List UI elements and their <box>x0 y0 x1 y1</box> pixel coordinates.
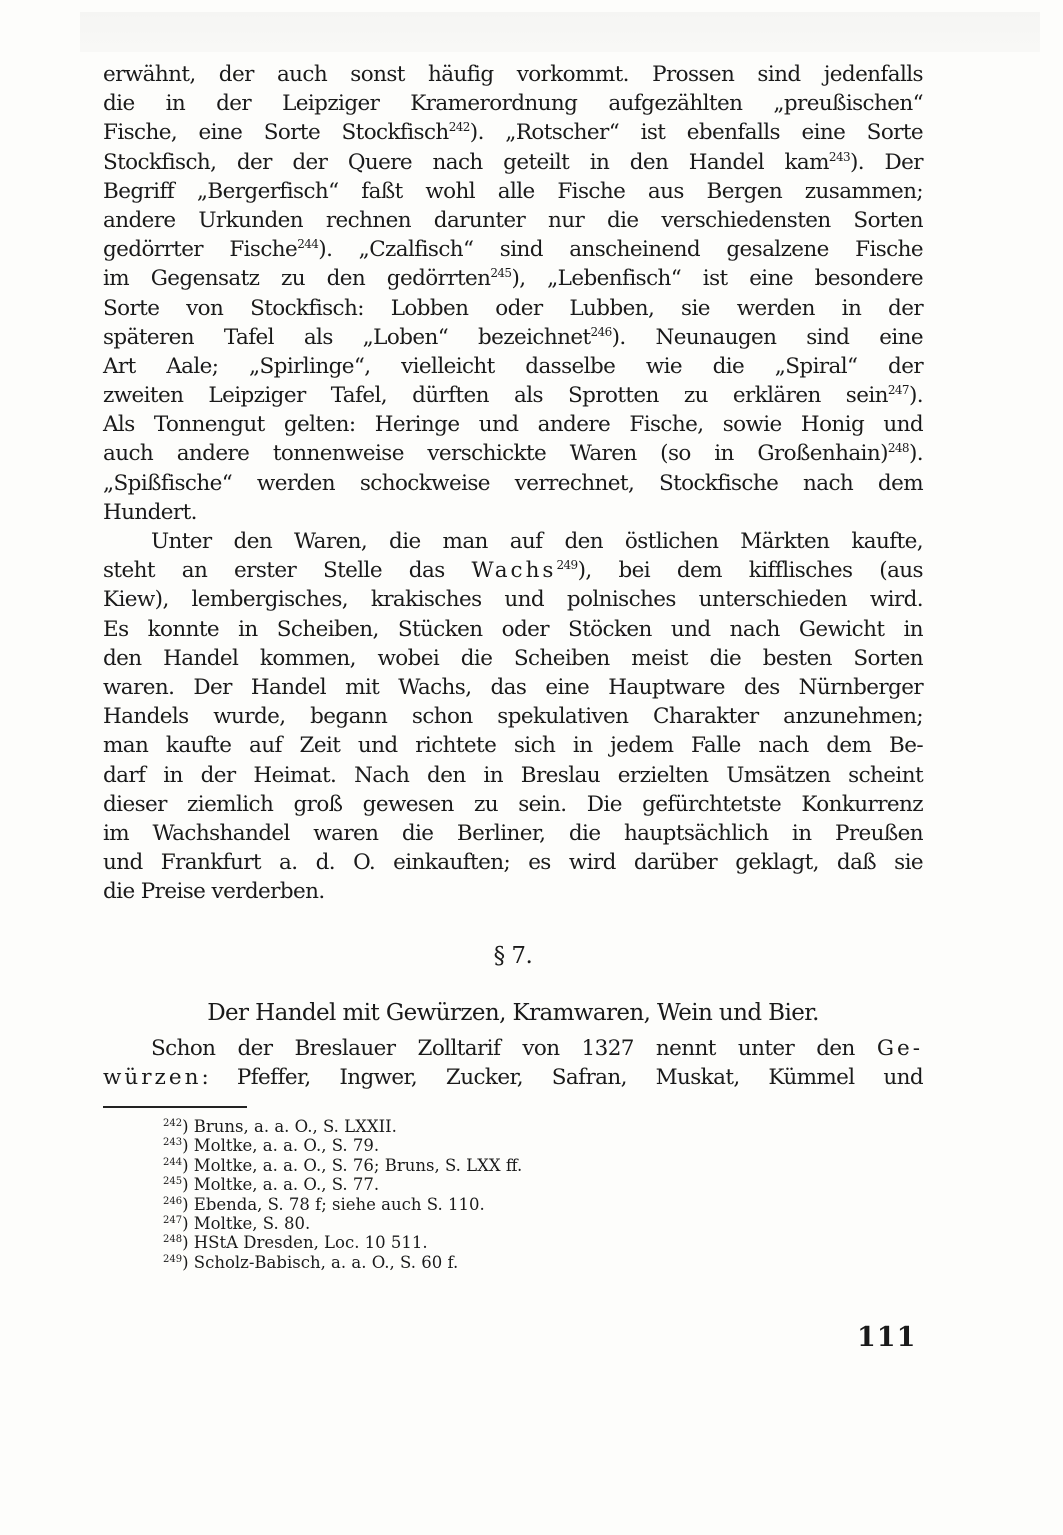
text-segment: späteren Tafel als „Loben“ bezeichnet <box>103 325 591 350</box>
footnote-ref: 249 <box>556 558 577 572</box>
text-line: Handels wurde, begann schon spekulativen… <box>103 702 923 731</box>
footnote-ref: 242 <box>449 120 470 134</box>
footnote-number: 242 <box>163 1118 182 1129</box>
text-segment: steht an erster Stelle das <box>103 558 471 583</box>
footnote-number: 248 <box>163 1234 182 1245</box>
footnote-ref: 244 <box>297 237 318 251</box>
page-body: erwähnt, der auch sonst häufig vorkommt.… <box>103 60 923 906</box>
text-segment: ). „Rotscher“ ist ebenfalls eine Sorte <box>470 120 923 145</box>
paragraph-fish-trade: erwähnt, der auch sonst häufig vorkommt.… <box>103 60 923 527</box>
text-line: Fische, eine Sorte Stockfisch242). „Rots… <box>103 118 923 147</box>
text-line: die in der Leipziger Kramerordnung aufge… <box>103 89 923 118</box>
text-segment: ). Der <box>850 150 923 175</box>
text-segment: gedörrter Fische <box>103 237 297 262</box>
footnote-text: Scholz-Babisch, a. a. O., S. 60 f. <box>194 1253 458 1272</box>
text-line: darf in der Heimat. Nach den in Breslau … <box>103 761 923 790</box>
footnotes: 242) Bruns, a. a. O., S. LXXII. 243) Mol… <box>163 1117 522 1272</box>
text-line: Kiew), lembergisches, krakisches und pol… <box>103 585 923 614</box>
emphasized-term: Wachs <box>471 558 556 583</box>
footnote-text: Moltke, a. a. O., S. 76; Bruns, S. LXX f… <box>194 1156 522 1175</box>
footnote-number: 246 <box>163 1196 182 1207</box>
text-segment: ). <box>909 383 923 408</box>
emphasized-term: würzen <box>103 1065 201 1090</box>
emphasized-term: Ge- <box>877 1036 923 1061</box>
text-segment: Schon der Breslauer Zolltarif von 1327 n… <box>151 1036 877 1061</box>
text-line: man kaufte auf Zeit und richtete sich in… <box>103 731 923 760</box>
text-line: „Spißfische“ werden schockweise verrechn… <box>103 469 923 498</box>
text-segment: ). „Czalfisch“ sind anscheinend gesalzen… <box>318 237 923 262</box>
footnote-ref: 246 <box>591 325 612 339</box>
text-segment: : Pfeffer, Ingwer, Zucker, Safran, Muska… <box>201 1065 923 1090</box>
footnote: 245) Moltke, a. a. O., S. 77. <box>163 1175 522 1194</box>
text-line: Begriff „Bergerfisch“ faßt wohl alle Fis… <box>103 177 923 206</box>
text-line: im Wachshandel waren die Berliner, die h… <box>103 819 923 848</box>
footnote-number: 243 <box>163 1137 182 1148</box>
text-line: späteren Tafel als „Loben“ bezeichnet246… <box>103 323 923 352</box>
section-title: Der Handel mit Gewürzen, Kramwaren, Wein… <box>103 1000 923 1026</box>
footnote-text: Moltke, a. a. O., S. 77. <box>194 1175 379 1194</box>
text-line: und Frankfurt a. d. O. einkauften; es wi… <box>103 848 923 877</box>
footnote-text: Moltke, S. 80. <box>194 1214 310 1233</box>
text-line: Art Aale; „Spirlinge“, vielleicht dassel… <box>103 352 923 381</box>
text-line: dieser ziemlich groß gewesen zu sein. Di… <box>103 790 923 819</box>
text-line: die Preise verderben. <box>103 877 923 906</box>
paragraph-wax-trade: Unter den Waren, die man auf den östlich… <box>103 527 923 906</box>
footnote: 243) Moltke, a. a. O., S. 79. <box>163 1136 522 1155</box>
footnote: 246) Ebenda, S. 78 f; siehe auch S. 110. <box>163 1195 522 1214</box>
text-segment: ), bei dem kifflisches (aus <box>578 558 923 583</box>
footnote: 249) Scholz-Babisch, a. a. O., S. 60 f. <box>163 1253 522 1272</box>
text-line: andere Urkunden rechnen darunter nur die… <box>103 206 923 235</box>
text-segment: ), „Lebenfisch“ ist eine besondere <box>511 266 923 291</box>
footnote: 247) Moltke, S. 80. <box>163 1214 522 1233</box>
text-segment: ). <box>909 441 923 466</box>
footnote-ref: 243 <box>829 150 850 164</box>
footnote-number: 249 <box>163 1254 182 1265</box>
text-line: Unter den Waren, die man auf den östlich… <box>103 527 923 556</box>
footnote-ref: 245 <box>490 266 511 280</box>
text-line: Hundert. <box>103 498 923 527</box>
paragraph-spices: Schon der Breslauer Zolltarif von 1327 n… <box>103 1034 923 1092</box>
text-segment: im Gegensatz zu den gedörrten <box>103 266 490 291</box>
text-line: Als Tonnengut gelten: Heringe und andere… <box>103 410 923 439</box>
text-line: Schon der Breslauer Zolltarif von 1327 n… <box>103 1034 923 1063</box>
footnote-ref: 248 <box>888 441 909 455</box>
text-line: steht an erster Stelle das Wachs249), be… <box>103 556 923 585</box>
text-segment: ). Neunaugen sind eine <box>612 325 923 350</box>
footnote-text: HStA Dresden, Loc. 10 511. <box>194 1233 428 1252</box>
section-number: § 7. <box>103 943 923 969</box>
footnote: 242) Bruns, a. a. O., S. LXXII. <box>163 1117 522 1136</box>
text-line: den Handel kommen, wobei die Scheiben me… <box>103 644 923 673</box>
footnote-number: 244 <box>163 1157 182 1168</box>
text-segment: auch andere tonnenweise verschickte Ware… <box>103 441 888 466</box>
text-line: würzen: Pfeffer, Ingwer, Zucker, Safran,… <box>103 1063 923 1092</box>
text-line: Stockfisch, der der Quere nach geteilt i… <box>103 148 923 177</box>
text-line: Es konnte in Scheiben, Stücken oder Stöc… <box>103 615 923 644</box>
text-line: auch andere tonnenweise verschickte Ware… <box>103 439 923 468</box>
text-line: waren. Der Handel mit Wachs, das eine Ha… <box>103 673 923 702</box>
footnote: 244) Moltke, a. a. O., S. 76; Bruns, S. … <box>163 1156 522 1175</box>
footnote-divider <box>103 1106 247 1108</box>
footnote-ref: 247 <box>888 383 909 397</box>
footnote-number: 247 <box>163 1215 182 1226</box>
scan-header-shadow <box>80 12 1040 52</box>
footnote-number: 245 <box>163 1176 182 1187</box>
footnote-text: Moltke, a. a. O., S. 79. <box>194 1136 379 1155</box>
text-segment: Stockfisch, der der Quere nach geteilt i… <box>103 150 829 175</box>
text-line: erwähnt, der auch sonst häufig vorkommt.… <box>103 60 923 89</box>
text-line: zweiten Leipziger Tafel, dürften als Spr… <box>103 381 923 410</box>
text-line: gedörrter Fische244). „Czalfisch“ sind a… <box>103 235 923 264</box>
footnote-text: Bruns, a. a. O., S. LXXII. <box>194 1117 397 1136</box>
text-segment: Fische, eine Sorte Stockfisch <box>103 120 449 145</box>
footnote: 248) HStA Dresden, Loc. 10 511. <box>163 1233 522 1252</box>
footnote-text: Ebenda, S. 78 f; siehe auch S. 110. <box>194 1195 485 1214</box>
text-segment: zweiten Leipziger Tafel, dürften als Spr… <box>103 383 888 408</box>
text-line: Sorte von Stockfisch: Lobben oder Lubben… <box>103 294 923 323</box>
page-number: 111 <box>857 1322 916 1353</box>
text-line: im Gegensatz zu den gedörrten245), „Lebe… <box>103 264 923 293</box>
